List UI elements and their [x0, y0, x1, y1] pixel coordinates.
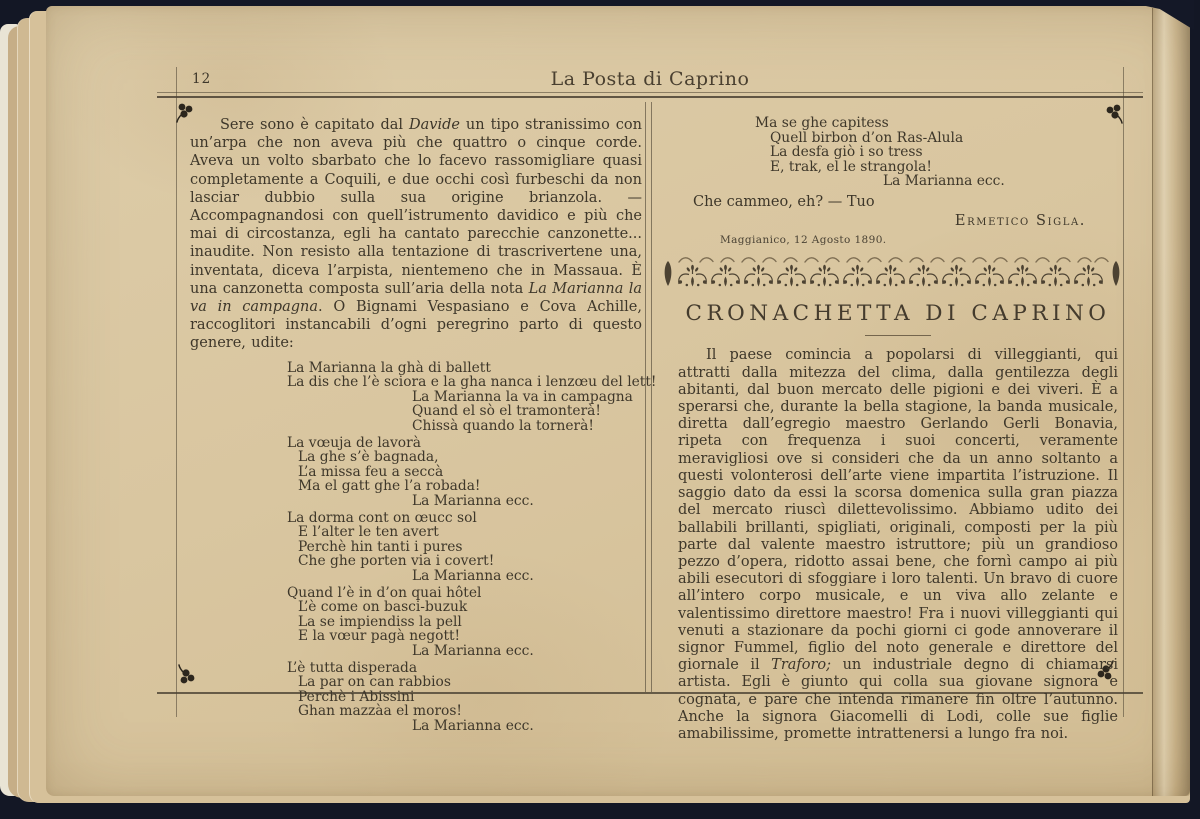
song-stanza: La Marianna la ghà di ballett La dis che… — [190, 361, 642, 434]
song-stanza: La vœuja de lavorà La ghe s’è bagnada, L… — [190, 436, 642, 509]
masthead-title: La Posta di Caprino — [157, 68, 1143, 90]
song-line: L’è tutta disperada — [190, 661, 642, 676]
song-line: La Marianna la va in campagna — [190, 390, 642, 405]
author-signature: Ermetico Sigla. — [678, 213, 1118, 229]
song: La Marianna la ghà di ballett La dis che… — [190, 361, 642, 734]
song-line: La se impiendiss la pell — [190, 615, 642, 630]
ornament-border-icon — [663, 255, 1121, 289]
song-line: Quand el sò el tramonterà! — [190, 404, 642, 419]
song-line: E la vœur pagà negott! — [190, 629, 642, 644]
song-line: La Marianna ecc. — [190, 569, 642, 584]
frame-rule-top — [157, 96, 1143, 98]
page-fold — [1152, 8, 1190, 796]
song-stanza: L’è tutta disperada La par on can rabbio… — [190, 661, 642, 734]
column-divider — [651, 102, 652, 692]
song-stanza: La dorma cont on œucc sol E l’alter le t… — [190, 511, 642, 584]
song-line: La Marianna ecc. — [190, 719, 642, 734]
song-line: La vœuja de lavorà — [190, 436, 642, 451]
article-italic: Traforo; — [771, 657, 831, 673]
song-line: E, trak, el le strangola! — [678, 160, 1118, 175]
intro-text: Sere sono è capitato dal — [220, 117, 409, 133]
dateline: Maggianico, 12 Agosto 1890. — [678, 234, 1118, 246]
song-ending: Ma se ghe capitess Quell birbon d’on Ras… — [678, 116, 1118, 189]
column-left: Sere sono è capitato dal Davide un tipo … — [190, 116, 642, 733]
song-line: Ghan mazzàa el moros! — [190, 704, 642, 719]
song-line: La Marianna ecc. — [190, 494, 642, 509]
song-line: Che ghe porten via i covert! — [190, 554, 642, 569]
song-line: La ghe s’è bagnada, — [190, 450, 642, 465]
intro-italic: Davide — [409, 117, 460, 133]
article-text: Il paese comincia a popolarsi di villegg… — [678, 347, 1118, 673]
song-line: Quell birbon d’on Ras-Alula — [678, 131, 1118, 146]
section-title-rule — [865, 335, 931, 337]
frame-rule-left — [176, 67, 177, 717]
song-line: La dorma cont on œucc sol — [190, 511, 642, 526]
intro-text: un tipo stranissimo con un’arpa che non … — [190, 117, 642, 297]
song-line: E l’alter le ten avert — [190, 525, 642, 540]
song-line: La Marianna ecc. — [678, 174, 1118, 189]
song-stanza: Quand l’è in d’on quai hôtel L’è come on… — [190, 586, 642, 659]
song-line: Perchè i Abissini — [190, 690, 642, 705]
song-line: La Marianna la ghà di ballett — [190, 361, 642, 376]
song-line: Perchè hin tanti i pures — [190, 540, 642, 555]
song-line: Ma se ghe capitess — [678, 116, 1118, 131]
song-line: Quand l’è in d’on quai hôtel — [190, 586, 642, 601]
song-line: La dis che l’è sciora e la gha nanca i l… — [190, 375, 642, 390]
column-right: Ma se ghe capitess Quell birbon d’on Ras… — [678, 116, 1118, 743]
book-scan: 12 La Posta di Caprino Sere sono è capit… — [0, 0, 1200, 819]
closing-line: Che cammeo, eh? — Tuo — [678, 194, 1118, 210]
article-paragraph: Il paese comincia a popolarsi di villegg… — [678, 347, 1118, 743]
song-line: L’è come on basci-buzuk — [190, 600, 642, 615]
song-line: Ma el gatt ghe l’a robada! — [190, 479, 642, 494]
intro-paragraph: Sere sono è capitato dal Davide un tipo … — [190, 116, 642, 353]
song-line: La desfa giò i so tress — [678, 145, 1118, 160]
column-divider — [645, 102, 646, 692]
section-title: CRONACHETTA DI CAPRINO — [678, 301, 1118, 326]
frame-rule-right — [1123, 67, 1124, 717]
song-line: La par on can rabbios — [190, 675, 642, 690]
song-line: Chissà quando la tornerà! — [190, 419, 642, 434]
frame-rule-top-thin — [157, 92, 1143, 93]
song-line: La Marianna ecc. — [190, 644, 642, 659]
song-line: L’a missa feu a seccà — [190, 465, 642, 480]
